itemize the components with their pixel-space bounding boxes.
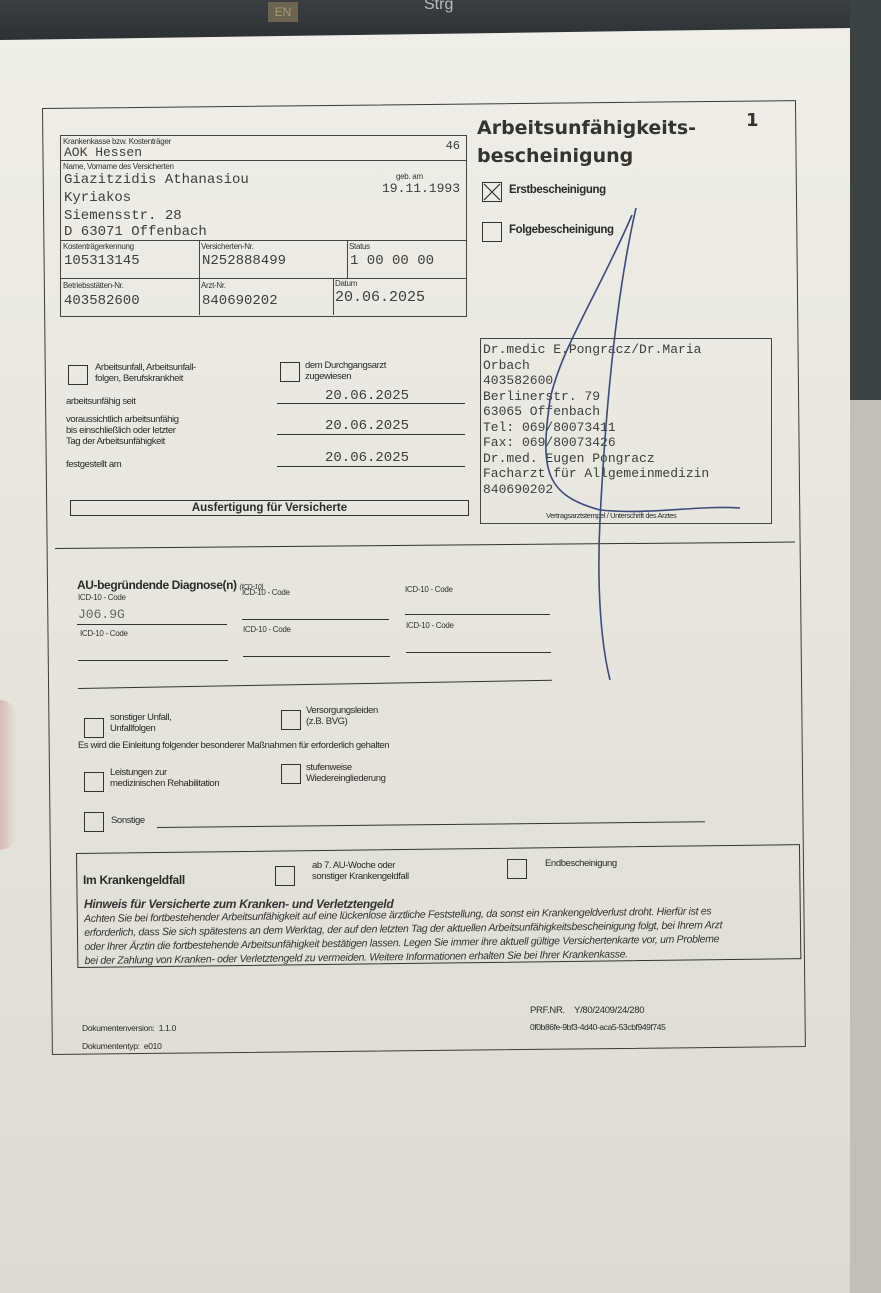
rehabilitation-label: Leistungen zur medizinischen Rehabilitat…	[110, 767, 219, 789]
first-certificate-checkbox[interactable]	[482, 182, 502, 202]
insured-no: N252888499	[202, 253, 286, 269]
expected-until-label: voraussichtlich arbeitsunfähig bis einsc…	[66, 414, 179, 447]
followup-certificate-checkbox[interactable]	[482, 222, 502, 242]
insured-no-label: Versicherten-Nr.	[201, 242, 254, 251]
week7-label: ab 7. AU-Woche oder sonstiger Krankengel…	[312, 860, 409, 882]
prf-number: PRF.NR. Y/80/2409/24/280	[530, 1005, 644, 1016]
supply-condition-label: Versorgungsleiden (z.B. BVG)	[306, 705, 378, 727]
background-surface	[850, 400, 881, 1293]
doctor-stamp-box: Dr.medic E.Pongracz/Dr.MariaOrbach403582…	[480, 338, 772, 524]
doctor-stamp-line: Dr.med. Eugen Pongracz	[483, 451, 709, 467]
doctor-stamp-text: Dr.medic E.Pongracz/Dr.MariaOrbach403582…	[483, 342, 709, 497]
icd-code-1[interactable]: J06.9G	[78, 607, 125, 622]
patient-dob: 19.11.1993	[382, 181, 460, 196]
misc-measures-label: Sonstige	[111, 815, 145, 826]
week7-checkbox[interactable]	[275, 866, 295, 886]
supply-condition-checkbox[interactable]	[281, 710, 301, 730]
patient-city: D 63071 Offenbach	[64, 224, 207, 240]
status-label: Status	[349, 242, 370, 251]
doctor-stamp-line: Fax: 069/80073426	[483, 435, 709, 451]
payer-id: 105313145	[64, 253, 140, 269]
other-accident-label: sonstiger Unfall, Unfallfolgen	[110, 712, 171, 734]
reintegration-label: stufenweise Wiedereingliederung	[306, 762, 386, 784]
date-label: Datum	[335, 279, 357, 288]
doctor-stamp-line: Tel: 069/80073411	[483, 420, 709, 436]
doctor-stamp-caption: Vertragsarztstempel / Unterschrift des A…	[546, 511, 676, 520]
site-no: 403582600	[64, 293, 140, 309]
patient-street: Siemensstr. 28	[64, 208, 182, 224]
rehabilitation-checkbox[interactable]	[84, 772, 104, 792]
document-version: Dokumentenversion: 1.1.0	[82, 1023, 176, 1033]
insurer-name: AOK Hessen	[64, 145, 142, 160]
followup-certificate-label: Folgebescheinigung	[509, 224, 614, 236]
doctor-stamp-line: 403582600	[483, 373, 709, 389]
copy-for-insured-banner: Ausfertigung für Versicherte	[70, 500, 469, 516]
dob-label: geb. am	[396, 172, 423, 181]
checkmark-x-icon	[483, 183, 501, 201]
doctor-stamp-line: Facharzt für Allgemeinmedizin	[483, 466, 709, 482]
expected-until-date[interactable]: 20.06.2025	[325, 418, 409, 434]
final-certificate-label: Endbescheinigung	[545, 858, 617, 869]
doctor-stamp-line: Dr.medic E.Pongracz/Dr.Maria	[483, 342, 709, 358]
determined-date[interactable]: 20.06.2025	[325, 450, 409, 466]
site-no-label: Betriebsstätten-Nr.	[63, 281, 124, 290]
durchgangsarzt-label: dem Durchgangsarzt zugewiesen	[305, 360, 386, 382]
background-dark	[850, 0, 881, 400]
icd-code-label-2: ICD-10 - Code	[242, 588, 290, 597]
patient-data-box: Krankenkasse bzw. Kostenträger AOK Hesse…	[60, 135, 467, 317]
doctor-stamp-line: 840690202	[483, 482, 709, 498]
icd-code-label-1: ICD-10 - Code	[78, 593, 126, 602]
document-uuid: 0f0b86fe-9bf3-4d40-aca5-53cbf949f745	[530, 1022, 665, 1032]
misc-measures-checkbox[interactable]	[84, 812, 104, 832]
icd-code-label-6: ICD-10 - Code	[406, 621, 454, 630]
page-number: 1	[746, 110, 759, 131]
doctor-stamp-line: Berlinerstr. 79	[483, 389, 709, 405]
insurance-status: 1 00 00 00	[350, 253, 434, 269]
icd-code-label-5: ICD-10 - Code	[243, 625, 291, 634]
doctor-no: 840690202	[202, 293, 278, 309]
icd-code-label-3: ICD-10 - Code	[405, 585, 453, 594]
keyboard-key-strg: Strg	[424, 0, 453, 14]
hint-text: Achten Sie bei fortbestehender Arbeitsun…	[84, 904, 723, 968]
first-certificate-label: Erstbescheinigung	[509, 184, 606, 196]
form-title-line2: bescheinigung	[477, 145, 633, 167]
diagnosis-heading: AU-begründende Diagnose(n) (ICD-10)	[77, 578, 263, 592]
other-accident-checkbox[interactable]	[84, 718, 104, 738]
sick-pay-heading: Im Krankengeldfall	[83, 873, 185, 887]
keyboard-key-en: EN	[268, 2, 298, 22]
name-label: Name, Vorname des Versicherten	[63, 162, 174, 171]
finger-holding-paper	[0, 700, 16, 850]
incapable-since-label: arbeitsunfähig seit	[66, 396, 136, 407]
icd-code-label-4: ICD-10 - Code	[80, 629, 128, 638]
reintegration-checkbox[interactable]	[281, 764, 301, 784]
final-certificate-checkbox[interactable]	[507, 859, 527, 879]
doctor-no-label: Arzt-Nr.	[201, 281, 226, 290]
form-title-line1: Arbeitsunfähigkeits-	[477, 117, 696, 139]
insurer-code: 46	[446, 139, 460, 153]
document-type: Dokumententyp: e010	[82, 1041, 162, 1051]
incapable-since-date[interactable]: 20.06.2025	[325, 388, 409, 404]
durchgangsarzt-checkbox[interactable]	[280, 362, 300, 382]
work-accident-checkbox[interactable]	[68, 365, 88, 385]
determined-label: festgestellt am	[66, 459, 121, 470]
doctor-stamp-line: Orbach	[483, 358, 709, 374]
payer-id-label: Kostenträgerkennung	[63, 242, 134, 251]
doctor-stamp-line: 63065 Offenbach	[483, 404, 709, 420]
issue-date: 20.06.2025	[335, 289, 425, 306]
measures-text: Es wird die Einleitung folgender besonde…	[78, 740, 389, 751]
patient-firstname: Kyriakos	[64, 190, 131, 206]
patient-surname: Giazitzidis Athanasiou	[64, 172, 249, 188]
work-accident-label: Arbeitsunfall, Arbeitsunfall- folgen, Be…	[95, 362, 196, 384]
